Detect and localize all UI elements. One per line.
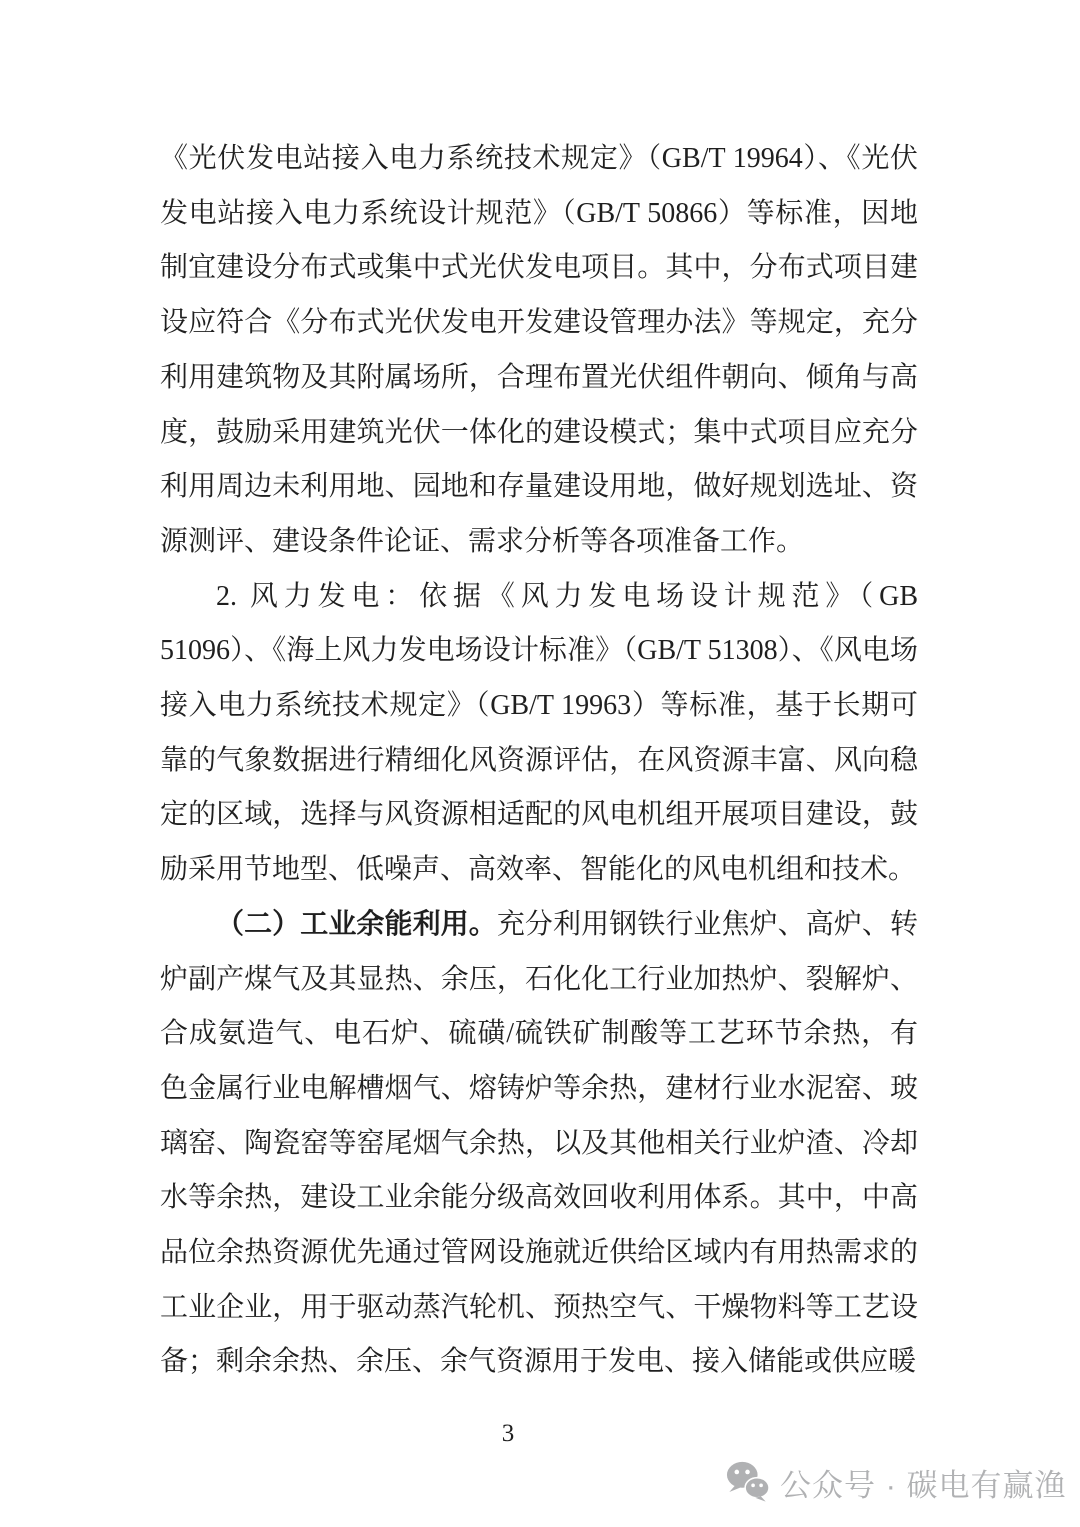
- document-body: 《光伏发电站接入电力系统技术规定》（GB/T 19964）、《光伏发电站接入电力…: [160, 132, 918, 1390]
- paragraph-pv-standards: 《光伏发电站接入电力系统技术规定》（GB/T 19964）、《光伏发电站接入电力…: [160, 132, 918, 570]
- paragraph-body-text: 充分利用钢铁行业焦炉、高炉、转炉副产煤气及其显热、余压，石化化工行业加热炉、裂解…: [160, 909, 918, 1378]
- watermark: 公众号 · 碳电有赢渔: [726, 1458, 1067, 1506]
- page-number: 3: [488, 1420, 528, 1448]
- paragraph-industrial-waste-energy: （二）工业余能利用。充分利用钢铁行业焦炉、高炉、转炉副产煤气及其显热、余压，石化…: [160, 898, 918, 1390]
- paragraph-wind-power: 2. 风力发电：依据《风力发电场设计规范》（GB 51096）、《海上风力发电场…: [160, 570, 918, 898]
- watermark-text: 公众号 · 碳电有赢渔: [780, 1460, 1067, 1505]
- wechat-icon: [726, 1460, 770, 1504]
- paragraph-bold-lead: （二）工业余能利用。: [216, 909, 497, 940]
- document-page: 《光伏发电站接入电力系统技术规定》（GB/T 19964）、《光伏发电站接入电力…: [0, 0, 1080, 1527]
